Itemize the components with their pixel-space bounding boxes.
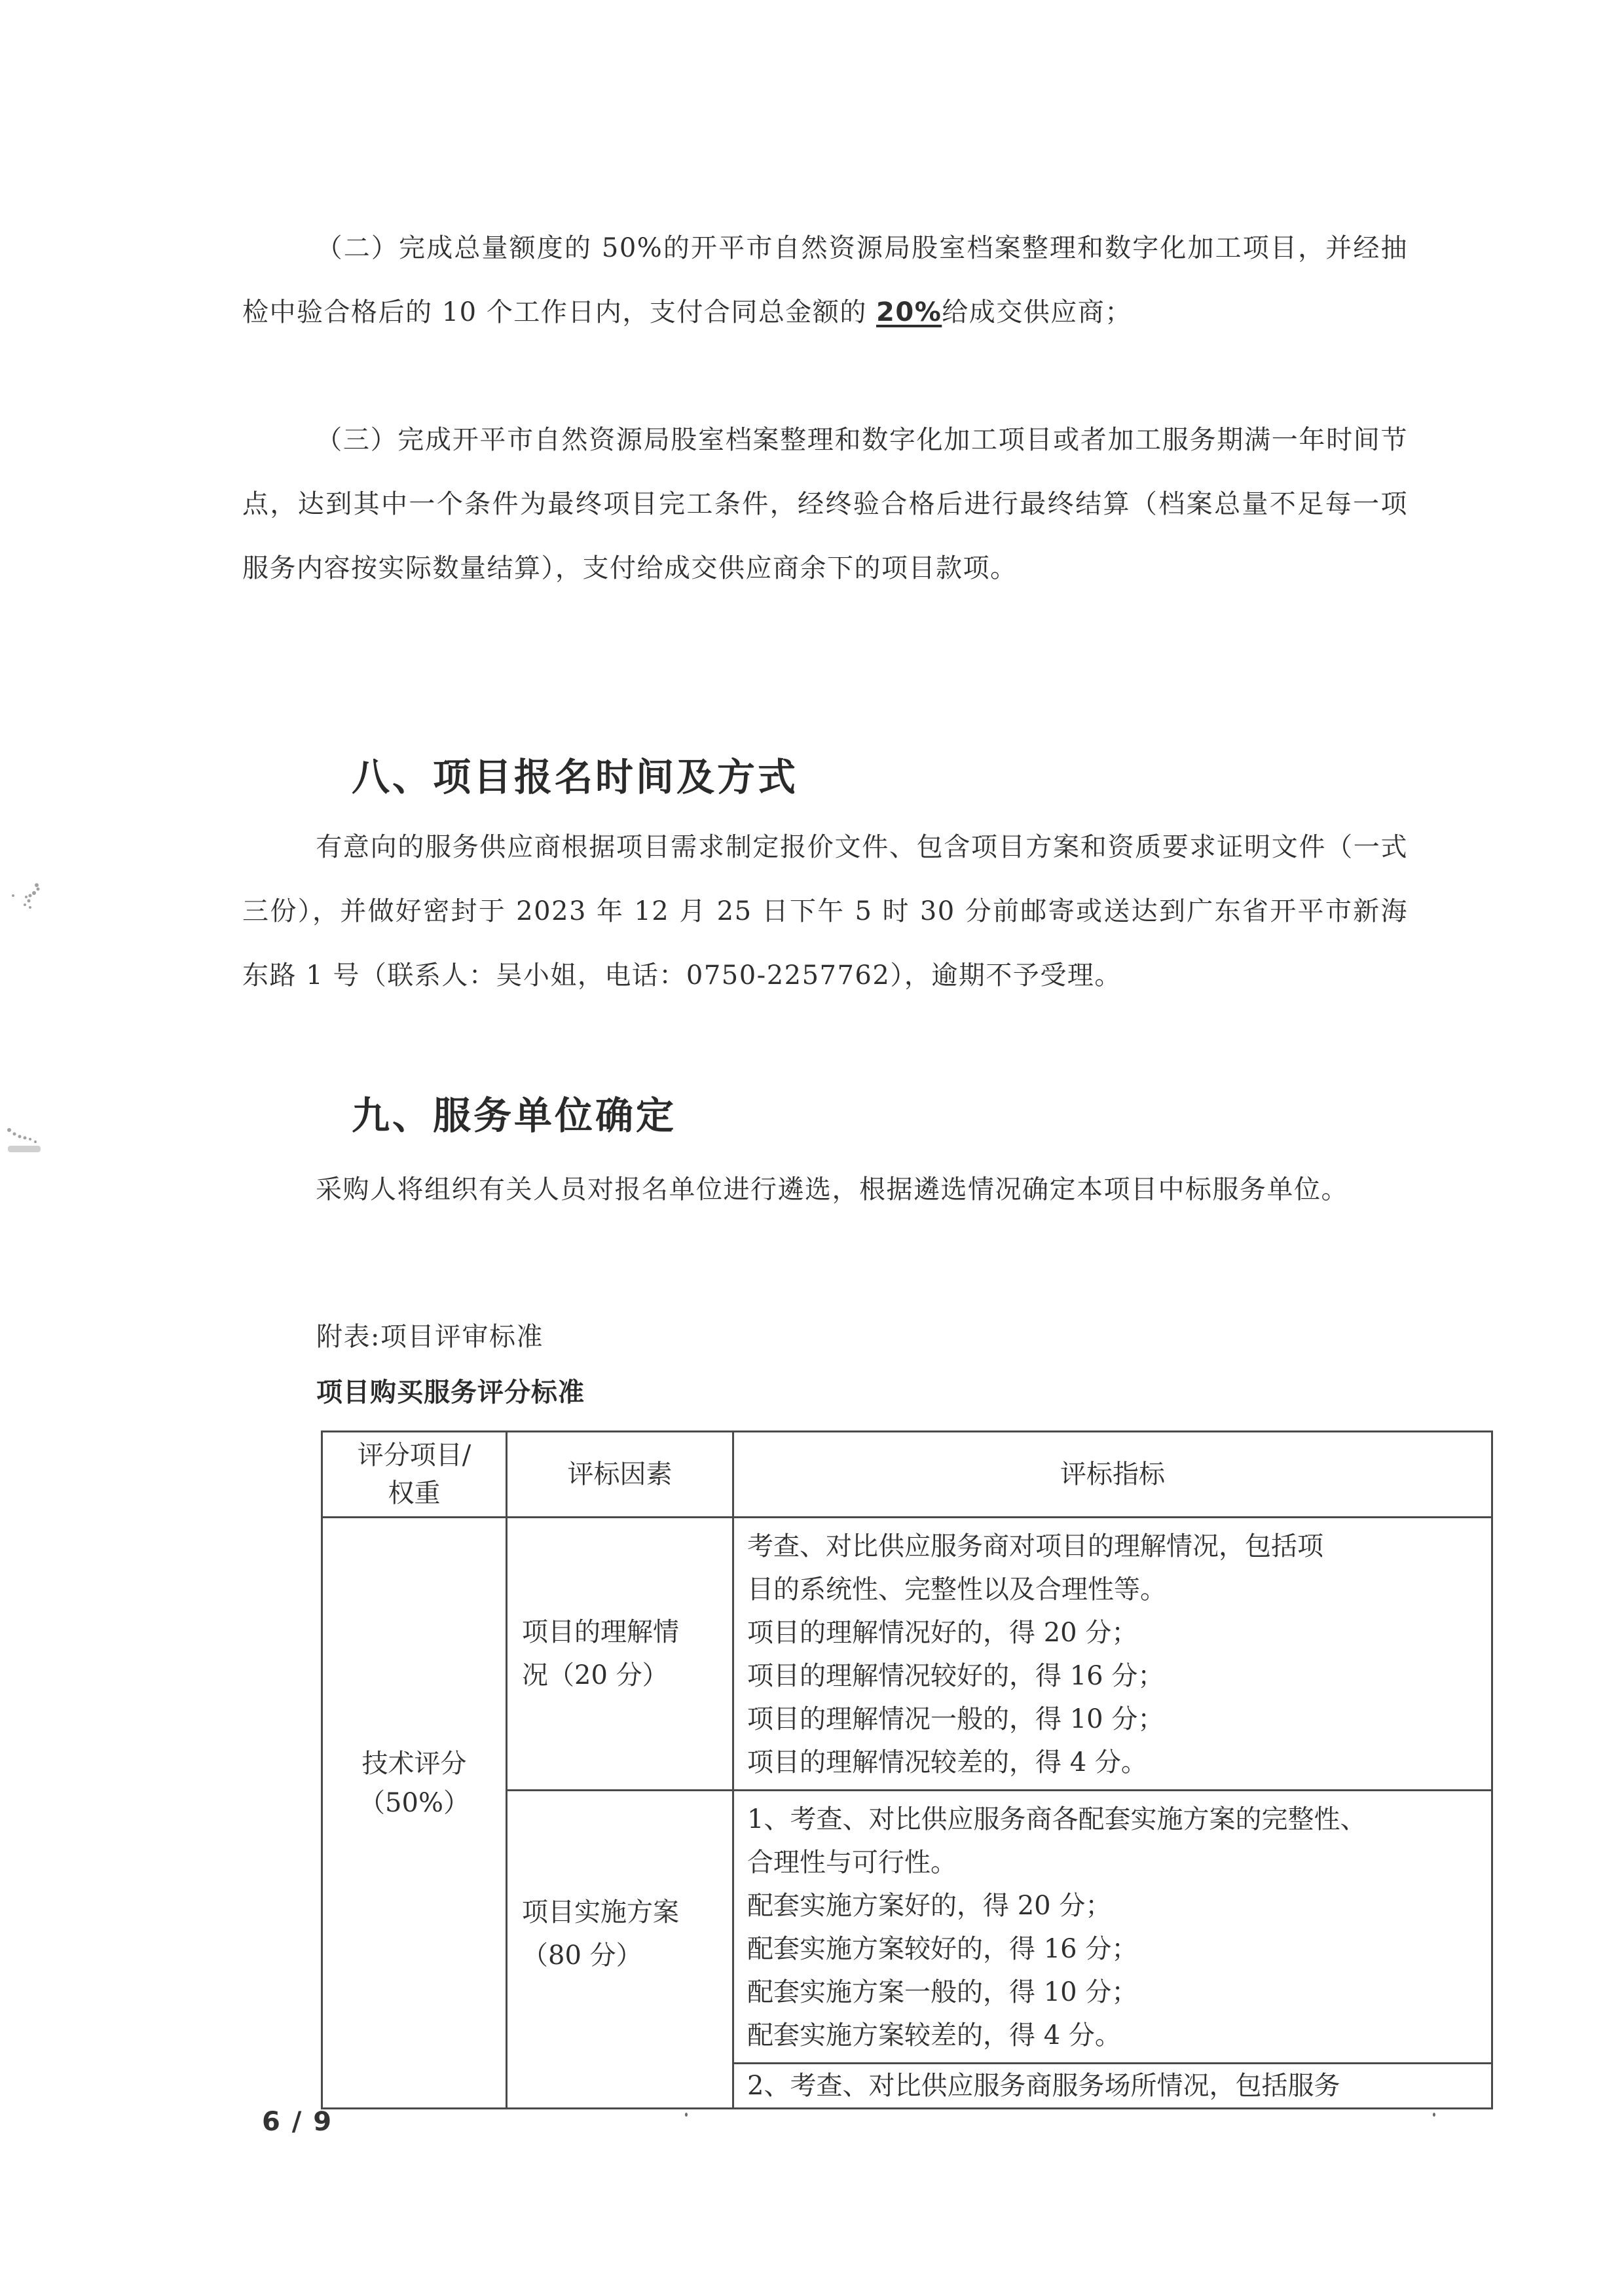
header-category-line1: 评分项目/ bbox=[323, 1436, 506, 1474]
factor-line1: 项目的理解情 bbox=[522, 1611, 732, 1654]
scan-speck bbox=[685, 2113, 688, 2117]
indicator-line: 项目的理解情况较差的，得 4 分。 bbox=[747, 1741, 1486, 1784]
factor-line1: 项目实施方案 bbox=[522, 1891, 732, 1934]
indicator-line: 项目的理解情况较好的，得 16 分； bbox=[747, 1654, 1486, 1698]
payment-term-2: （二）完成总量额度的 50%的开平市自然资源局股室档案整理和数字化加工项目，并经… bbox=[242, 216, 1408, 344]
scoring-criteria-table: 评分项目/ 权重 评标因素 评标指标 技术评分 （50%） 项目的理解情 况（2… bbox=[321, 1430, 1493, 2109]
page-number: 6 / 9 bbox=[262, 2107, 333, 2137]
section-8-body: 有意向的服务供应商根据项目需求制定报价文件、包含项目方案和资质要求证明文件（一式… bbox=[242, 815, 1408, 1008]
table-title: 项目购买服务评分标准 bbox=[316, 1372, 585, 1409]
payment-term-2-tail: 给成交供应商； bbox=[942, 297, 1132, 327]
indicator-line: 配套实施方案较差的，得 4 分。 bbox=[747, 2014, 1486, 2057]
indicator-line: 配套实施方案一般的，得 10 分； bbox=[747, 1971, 1486, 2014]
appendix-label: 附表:项目评审标准 bbox=[316, 1316, 544, 1353]
factor-line2: 况（20 分） bbox=[522, 1654, 732, 1697]
table-header-row: 评分项目/ 权重 评标因素 评标指标 bbox=[322, 1432, 1492, 1518]
indicator-line: 配套实施方案较好的，得 16 分； bbox=[747, 1927, 1486, 1971]
category-cell: 技术评分 （50%） bbox=[322, 1518, 507, 2109]
scan-artifact-icon bbox=[5, 877, 45, 917]
indicator-line: 考查、对比供应服务商对项目的理解情况，包括项 bbox=[747, 1525, 1486, 1568]
indicator-line: 合理性与可行性。 bbox=[747, 1841, 1486, 1884]
category-name: 技术评分 bbox=[323, 1744, 506, 1783]
indicator-line: 配套实施方案好的，得 20 分； bbox=[747, 1884, 1486, 1927]
payment-term-3-text: （三）完成开平市自然资源局股室档案整理和数字化加工项目或者加工服务期满一年时间节… bbox=[242, 425, 1408, 583]
category-weight: （50%） bbox=[323, 1783, 506, 1823]
section-9-body-text: 采购人将组织有关人员对报名单位进行遴选，根据遴选情况确定本项目中标服务单位。 bbox=[316, 1175, 1348, 1205]
indicator-cell: 考查、对比供应服务商对项目的理解情况，包括项 目的系统性、完整性以及合理性等。 … bbox=[733, 1518, 1492, 1791]
payment-percentage-highlight: 20% bbox=[876, 297, 942, 327]
scan-speck bbox=[1433, 2113, 1435, 2117]
indicator-cell: 1、考查、对比供应服务商各配套实施方案的完整性、 合理性与可行性。 配套实施方案… bbox=[733, 1791, 1492, 2064]
factor-cell: 项目实施方案 （80 分） bbox=[507, 1791, 733, 2109]
indicator-line: 项目的理解情况好的，得 20 分； bbox=[747, 1611, 1486, 1654]
indicator-cell: 2、考查、对比供应服务商服务场所情况，包括服务 bbox=[733, 2064, 1492, 2109]
indicator-line: 2、考查、对比供应服务商服务场所情况，包括服务 bbox=[747, 2064, 1486, 2107]
factor-cell: 项目的理解情 况（20 分） bbox=[507, 1518, 733, 1791]
document-page: （二）完成总量额度的 50%的开平市自然资源局股室档案整理和数字化加工项目，并经… bbox=[0, 0, 1624, 2296]
header-category-line2: 权重 bbox=[323, 1474, 506, 1512]
section-9-heading: 九、服务单位确定 bbox=[352, 1085, 676, 1140]
section-8-body-text: 有意向的服务供应商根据项目需求制定报价文件、包含项目方案和资质要求证明文件（一式… bbox=[242, 832, 1408, 991]
indicator-line: 项目的理解情况一般的，得 10 分； bbox=[747, 1698, 1486, 1741]
header-category-weight: 评分项目/ 权重 bbox=[322, 1432, 507, 1518]
header-factor: 评标因素 bbox=[507, 1432, 733, 1518]
indicator-line: 1、考查、对比供应服务商各配套实施方案的完整性、 bbox=[747, 1798, 1486, 1841]
indicator-line: 目的系统性、完整性以及合理性等。 bbox=[747, 1568, 1486, 1611]
payment-term-2-text: （二）完成总量额度的 50%的开平市自然资源局股室档案整理和数字化加工项目，并经… bbox=[242, 233, 1408, 327]
payment-term-3: （三）完成开平市自然资源局股室档案整理和数字化加工项目或者加工服务期满一年时间节… bbox=[242, 408, 1408, 600]
table-row: 技术评分 （50%） 项目的理解情 况（20 分） 考查、对比供应服务商对项目的… bbox=[322, 1518, 1492, 1791]
factor-line2: （80 分） bbox=[522, 1934, 732, 1977]
header-indicator: 评标指标 bbox=[733, 1432, 1492, 1518]
scan-artifact-icon bbox=[5, 1126, 51, 1159]
section-8-heading: 八、项目报名时间及方式 bbox=[352, 746, 798, 801]
section-9-body: 采购人将组织有关人员对报名单位进行遴选，根据遴选情况确定本项目中标服务单位。 bbox=[242, 1157, 1408, 1222]
